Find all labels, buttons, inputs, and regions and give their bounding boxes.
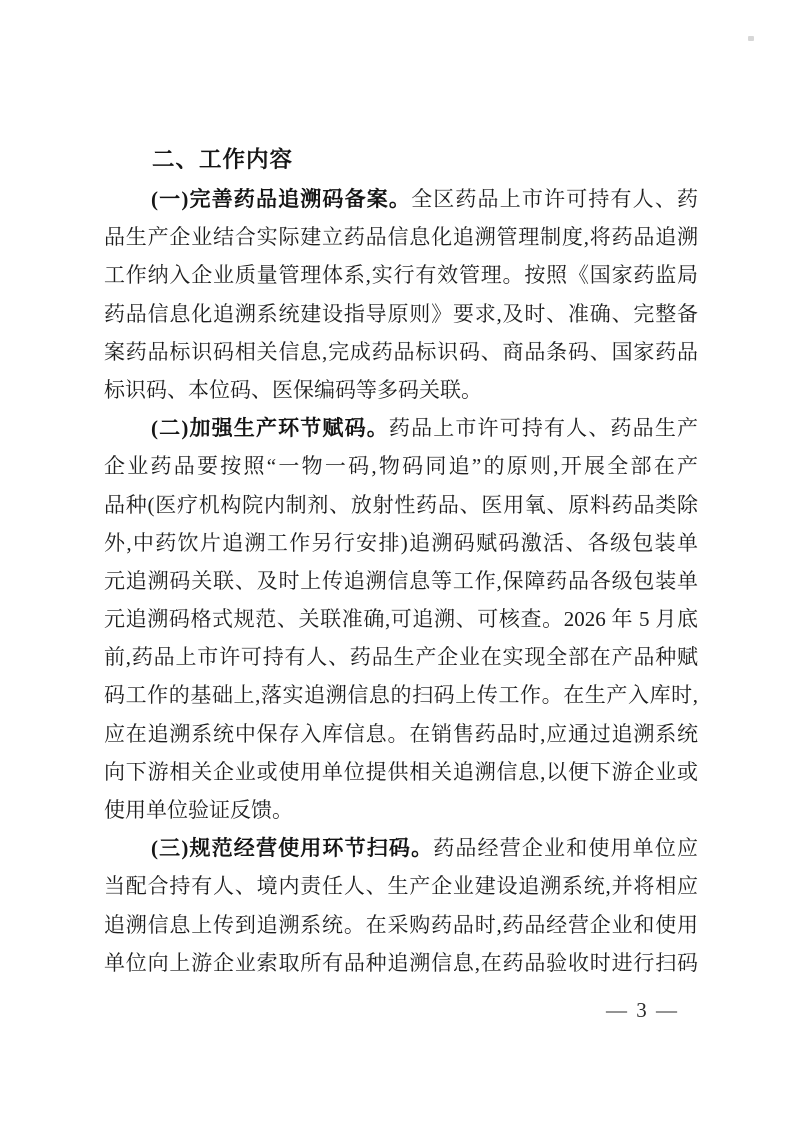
document-content: 二、工作内容 (一)完善药品追溯码备案。全区药品上市许可持有人、药品生产企业结合… xyxy=(104,140,698,982)
text-line: 使用单位验证反馈。 xyxy=(104,791,698,829)
text-line: 品种(医疗机构院内制剂、放射性药品、医用氧、原料药品类除 xyxy=(104,486,698,524)
paragraph: (三)规范经营使用环节扫码。药品经营企业和使用单位应当配合持有人、境内责任人、生… xyxy=(104,829,698,982)
paragraph: (一)完善药品追溯码备案。全区药品上市许可持有人、药品生产企业结合实际建立药品信… xyxy=(104,180,698,409)
paragraph-lead: (三)规范经营使用环节扫码。 xyxy=(151,836,433,860)
text-line: 案药品标识码相关信息,完成药品标识码、商品条码、国家药品 xyxy=(104,333,698,371)
text-line: 向下游相关企业或使用单位提供相关追溯信息,以便下游企业或 xyxy=(104,753,698,791)
paragraph-lead: (二)加强生产环节赋码。 xyxy=(151,416,389,440)
paragraph-lead: (一)完善药品追溯码备案。 xyxy=(151,187,411,211)
text-line: 码工作的基础上,落实追溯信息的扫码上传工作。在生产入库时, xyxy=(104,676,698,714)
text-line: (一)完善药品追溯码备案。全区药品上市许可持有人、药 xyxy=(104,180,698,218)
paragraph: (二)加强生产环节赋码。药品上市许可持有人、药品生产企业药品要按照“一物一码,物… xyxy=(104,409,698,829)
document-body: (一)完善药品追溯码备案。全区药品上市许可持有人、药品生产企业结合实际建立药品信… xyxy=(104,180,698,982)
text-line: 标识码、本位码、医保编码等多码关联。 xyxy=(104,371,698,409)
text-line: 企业药品要按照“一物一码,物码同追”的原则,开展全部在产 xyxy=(104,447,698,485)
text-line: 药品信息化追溯系统建设指导原则》要求,及时、准确、完整备 xyxy=(104,295,698,333)
text-line: 前,药品上市许可持有人、药品生产企业在实现全部在产品种赋 xyxy=(104,638,698,676)
text-line: 追溯信息上传到追溯系统。在采购药品时,药品经营企业和使用 xyxy=(104,906,698,944)
text-line: (三)规范经营使用环节扫码。药品经营企业和使用单位应 xyxy=(104,829,698,867)
text-line: 单位向上游企业索取所有品种追溯信息,在药品验收时进行扫码 xyxy=(104,944,698,982)
text-line: 元追溯码关联、及时上传追溯信息等工作,保障药品各级包装单 xyxy=(104,562,698,600)
scan-artifact xyxy=(748,36,754,41)
page-number: — 3 — xyxy=(606,997,678,1023)
document-page: 二、工作内容 (一)完善药品追溯码备案。全区药品上市许可持有人、药品生产企业结合… xyxy=(0,0,793,1121)
text-line: 当配合持有人、境内责任人、生产企业建设追溯系统,并将相应 xyxy=(104,867,698,905)
text-line: 工作纳入企业质量管理体系,实行有效管理。按照《国家药监局 xyxy=(104,256,698,294)
text-line: 外,中药饮片追溯工作另行安排)追溯码赋码激活、各级包装单 xyxy=(104,524,698,562)
text-line: 应在追溯系统中保存入库信息。在销售药品时,应通过追溯系统 xyxy=(104,715,698,753)
section-heading: 二、工作内容 xyxy=(104,140,698,180)
text-line: 元追溯码格式规范、关联准确,可追溯、可核查。2026 年 5 月底 xyxy=(104,600,698,638)
text-line: (二)加强生产环节赋码。药品上市许可持有人、药品生产 xyxy=(104,409,698,447)
text-line: 品生产企业结合实际建立药品信息化追溯管理制度,将药品追溯 xyxy=(104,218,698,256)
